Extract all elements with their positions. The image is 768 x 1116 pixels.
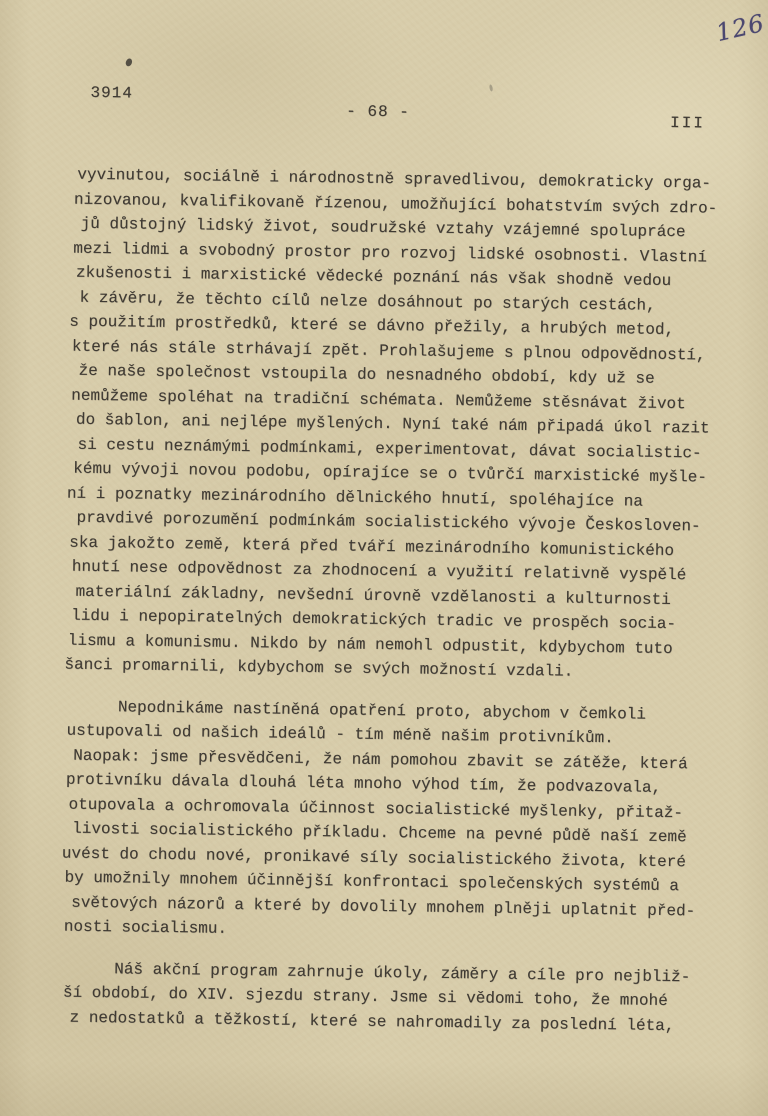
document-number: 3914 [90, 84, 133, 103]
section-number: III [670, 114, 705, 132]
scan-content: 3914 - 68 - III vyvinutou, sociálně i ná… [0, 0, 768, 1116]
scanned-document-page: 3914 - 68 - III vyvinutou, sociálně i ná… [0, 0, 768, 1116]
paragraph: Nepodnikáme nastíněná opatření proto, ab… [67, 694, 750, 948]
document-body: vyvinutou, sociálně i národnostně sprave… [65, 163, 757, 1039]
paragraph: Náš akční program zahrnuje úkoly, záměry… [65, 956, 746, 1039]
ink-speck [125, 58, 133, 68]
paragraph: vyvinutou, sociálně i národnostně sprave… [70, 163, 757, 687]
ink-speck [489, 84, 493, 91]
page-number: - 68 - [346, 102, 410, 121]
